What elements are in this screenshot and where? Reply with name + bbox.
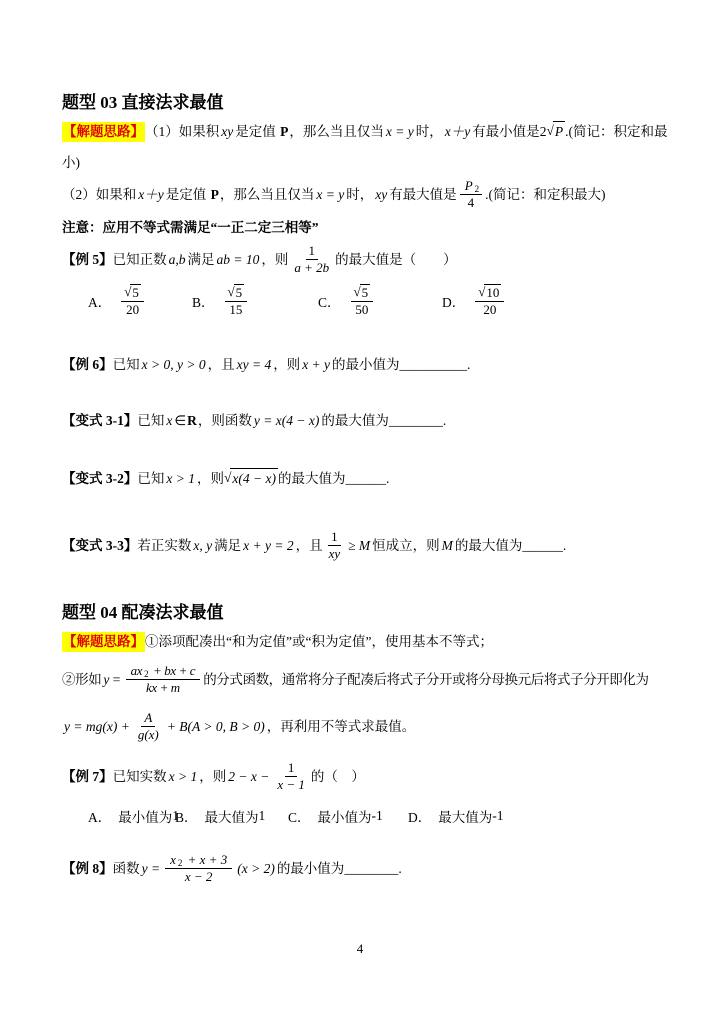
option-label: B． bbox=[192, 291, 215, 311]
fraction-numerator: A bbox=[141, 710, 155, 727]
text: 的最大值为 bbox=[455, 536, 523, 556]
text: 是定值 bbox=[235, 122, 279, 142]
option-fraction: √5 15 bbox=[225, 284, 248, 319]
text: 小) bbox=[62, 153, 80, 173]
math-function: y = x(4 − x) bbox=[252, 411, 321, 431]
math-x: x bbox=[164, 411, 174, 431]
option-label: D． bbox=[442, 291, 465, 311]
math-2-minus-x-minus: 2 − x − bbox=[226, 767, 271, 787]
solution-idea-03-line2: 小) bbox=[62, 153, 80, 173]
math-plus-x-plus-3: + x + 3 bbox=[182, 852, 229, 868]
fraction-numerator: √5 bbox=[121, 284, 144, 302]
text: 函数 bbox=[113, 859, 140, 879]
fraction-numerator: √10 bbox=[475, 284, 504, 302]
math-ab-equals-10: ab = 10 bbox=[215, 250, 262, 270]
math-xy: xy bbox=[219, 122, 235, 142]
answer-blank: ________ bbox=[344, 859, 398, 879]
text: 满足 bbox=[214, 536, 241, 556]
math-P: P bbox=[463, 178, 475, 194]
text: 的最大值是（ ） bbox=[335, 250, 457, 270]
fraction-numerator: P2 bbox=[460, 178, 482, 195]
fraction-numerator: √5 bbox=[351, 284, 374, 302]
math-x-equals-y: x = y bbox=[384, 122, 416, 142]
fraction-numerator: 1 bbox=[285, 760, 298, 777]
radicand: 5 bbox=[130, 284, 141, 301]
example-8-stem: 【例 8】 函数 y = x2 + x + 3 x − 2 (x > 2) 的最… bbox=[62, 852, 402, 886]
fraction-denominator: 4 bbox=[465, 195, 478, 211]
fraction-denominator: xy bbox=[326, 546, 344, 562]
text: 已知 bbox=[113, 355, 140, 375]
text: 的最大值为 bbox=[278, 469, 346, 489]
variant-3-3-tag: 【变式 3-3】 bbox=[62, 536, 137, 556]
text: 时， bbox=[346, 185, 373, 205]
fraction-denominator: g(x) bbox=[135, 727, 162, 743]
math-ax: ax bbox=[129, 663, 144, 679]
section-04-heading: 题型 04 配凑法求最值 bbox=[62, 598, 224, 623]
document-page: 题型 03 直接法求最值 【解题思路】 （1）如果积xy是定值 P，那么当且仅当… bbox=[0, 0, 720, 1018]
option-label: B． bbox=[175, 806, 198, 826]
option-fraction: √5 20 bbox=[121, 284, 144, 319]
answer-blank: __________ bbox=[400, 355, 468, 375]
solution-idea-03-line3: （2）如果和x＋y是定值 P，那么当且仅当x = y时，xy有最大值是 P2 4… bbox=[62, 178, 606, 212]
solution-idea-tag: 【解题思路】 bbox=[62, 122, 145, 142]
text: 的最小值为 bbox=[332, 355, 400, 375]
sqrt-expression: √x(4 − x) bbox=[224, 468, 278, 489]
option-value: 1 bbox=[259, 808, 266, 824]
fraction-rational-function: ax2 + bx + c kx + m bbox=[126, 663, 201, 697]
option-text: 最大值为 bbox=[205, 806, 259, 826]
fraction-numerator: x2 + x + 3 bbox=[165, 852, 232, 869]
fraction-denominator: a + 2b bbox=[291, 260, 332, 276]
sqrt-expression: √P bbox=[546, 121, 565, 142]
text: 已知正数 bbox=[113, 250, 167, 270]
example-7-option-b: B．最大值为1 bbox=[175, 806, 265, 826]
option-text: 最大值为 bbox=[438, 806, 492, 826]
example-6-stem: 【例 6】 已知x > 0, y > 0，且xy = 4，则x + y的最小值为… bbox=[62, 355, 470, 375]
math-x-plus-y: x + y bbox=[300, 355, 332, 375]
text: .(简记：和定积最大) bbox=[485, 185, 605, 205]
example-8-tag: 【例 8】 bbox=[62, 859, 113, 879]
option-label: A． bbox=[88, 806, 111, 826]
text: ，且 bbox=[296, 536, 323, 556]
solution-idea-04-line1: 【解题思路】 ①添项配凑出“和为定值”或“积为定值”，使用基本不等式； bbox=[62, 632, 493, 652]
option-text: 最小值为 bbox=[118, 806, 172, 826]
text: . bbox=[563, 536, 566, 556]
math-x: x bbox=[168, 852, 178, 868]
text: 满足 bbox=[188, 250, 215, 270]
math-x-gt-1: x > 1 bbox=[164, 469, 197, 489]
text: ，那么当且仅当 bbox=[220, 185, 315, 205]
fraction-numerator: 1 bbox=[306, 243, 319, 260]
fraction-denominator: x − 1 bbox=[274, 777, 308, 793]
variant-3-2-stem: 【变式 3-2】 已知x > 1，则 √x(4 − x) 的最大值为______… bbox=[62, 468, 389, 489]
solution-idea-03-line1: 【解题思路】 （1）如果积xy是定值 P，那么当且仅当x = y时，x＋y有最小… bbox=[62, 121, 667, 142]
text: 的最小值为 bbox=[277, 859, 345, 879]
note-text: 注意：应用不等式需满足“一正二定三相等” bbox=[62, 218, 319, 238]
text: ①添项配凑出“和为定值”或“积为定值”，使用基本不等式； bbox=[145, 632, 493, 652]
fraction-denominator: 20 bbox=[480, 302, 499, 318]
fraction-numerator: 1 bbox=[328, 529, 341, 546]
answer-blank: ________ bbox=[389, 411, 443, 431]
fraction-denominator: x − 2 bbox=[182, 869, 216, 885]
text: 的分式函数，通常将分子配凑后将式子分开或将分母换元后将式子分开即化为 bbox=[203, 670, 648, 690]
element-of-symbol: ∈ bbox=[174, 411, 186, 431]
fraction-A-over-gx: A g(x) bbox=[135, 710, 162, 744]
answer-blank: ______ bbox=[522, 536, 563, 556]
text: 已知实数 bbox=[113, 767, 167, 787]
math-M: M bbox=[440, 536, 455, 556]
fraction-1-over-a-plus-2b: 1 a + 2b bbox=[291, 243, 332, 277]
sqrt-expression: √5 bbox=[228, 284, 245, 301]
fraction-denominator: 15 bbox=[226, 302, 245, 318]
math-x-plus-y: x＋y bbox=[136, 185, 165, 205]
math-y-equals: y = bbox=[140, 859, 162, 879]
radicand: 10 bbox=[484, 284, 501, 301]
option-fraction: √5 50 bbox=[351, 284, 374, 319]
section-03-heading: 题型 03 直接法求最值 bbox=[62, 88, 224, 113]
text: .(简记：积定和最 bbox=[565, 122, 667, 142]
example-5-option-c: C． √5 50 bbox=[318, 284, 376, 319]
solution-idea-04-line3: y = mg(x) + A g(x) + B(A > 0, B > 0) ，再利… bbox=[62, 710, 415, 744]
math-xy: xy bbox=[373, 185, 389, 205]
sqrt-expression: √5 bbox=[354, 284, 371, 301]
fraction-1-over-xy: 1 xy bbox=[326, 529, 344, 563]
text: . bbox=[386, 469, 389, 489]
text: ，再利用不等式求最值。 bbox=[267, 717, 416, 737]
math-xy-equals-4: xy = 4 bbox=[235, 355, 274, 375]
text: （2）如果和 bbox=[62, 185, 136, 205]
radicand: P bbox=[553, 121, 565, 142]
text: 的最大值为 bbox=[321, 411, 389, 431]
variant-3-3-stem: 【变式 3-3】 若正实数x, y满足x + y = 2，且 1 xy ≥ M恒… bbox=[62, 529, 566, 563]
text: ，则 bbox=[197, 469, 224, 489]
sqrt-expression: √5 bbox=[124, 284, 141, 301]
exponent: 2 bbox=[475, 185, 480, 194]
math-xy-vars: x, y bbox=[191, 536, 214, 556]
text: 若正实数 bbox=[137, 536, 191, 556]
fraction-numerator: ax2 + bx + c bbox=[126, 663, 201, 680]
text: . bbox=[443, 411, 446, 431]
fraction-denominator: 50 bbox=[352, 302, 371, 318]
fraction-denominator: kx + m bbox=[143, 680, 183, 696]
text: 的（ ） bbox=[311, 767, 365, 787]
math-plus-B-conditions: + B(A > 0, B > 0) bbox=[165, 717, 267, 737]
math-P: P bbox=[210, 185, 220, 205]
solution-idea-tag: 【解题思路】 bbox=[62, 632, 145, 652]
page-number: 4 bbox=[0, 941, 720, 957]
math-plus-bx-plus-c: + bx + c bbox=[148, 663, 197, 679]
example-6-tag: 【例 6】 bbox=[62, 355, 113, 375]
math-R: R bbox=[186, 411, 198, 431]
option-text: 最小值为 bbox=[318, 806, 372, 826]
math-ge-M: ≥ M bbox=[346, 536, 372, 556]
option-fraction: √10 20 bbox=[475, 284, 504, 319]
math-ab: a,b bbox=[167, 250, 188, 270]
fraction-x2-x-3-over-x-minus-2: x2 + x + 3 x − 2 bbox=[165, 852, 232, 886]
text: 恒成立，则 bbox=[372, 536, 440, 556]
text: ，且 bbox=[208, 355, 235, 375]
example-5-option-a: A． √5 20 bbox=[88, 284, 147, 319]
example-5-stem: 【例 5】 已知正数a,b满足ab = 10，则 1 a + 2b 的最大值是（… bbox=[62, 243, 457, 277]
example-5-option-d: D． √10 20 bbox=[442, 284, 507, 319]
math-x-gt-2: (x > 2) bbox=[235, 859, 277, 879]
math-coefficient: 2 bbox=[540, 122, 547, 142]
option-label: C． bbox=[288, 806, 311, 826]
math-x-plus-y: x＋y bbox=[443, 122, 472, 142]
option-label: D． bbox=[408, 806, 431, 826]
example-7-tag: 【例 7】 bbox=[62, 767, 113, 787]
text: ，那么当且仅当 bbox=[289, 122, 384, 142]
text: . bbox=[398, 859, 401, 879]
example-7-option-c: C．最小值为-1 bbox=[288, 806, 383, 826]
option-label: C． bbox=[318, 291, 341, 311]
text: 已知 bbox=[137, 411, 164, 431]
text: 时， bbox=[416, 122, 443, 142]
text: 有最大值是 bbox=[389, 185, 457, 205]
note-line: 注意：应用不等式需满足“一正二定三相等” bbox=[62, 218, 319, 238]
radicand: 5 bbox=[234, 284, 245, 301]
math-x-equals-y: x = y bbox=[314, 185, 346, 205]
example-5-tag: 【例 5】 bbox=[62, 250, 113, 270]
solution-idea-04-line2: ②形如 y = ax2 + bx + c kx + m 的分式函数，通常将分子配… bbox=[62, 663, 649, 697]
text: ，则函数 bbox=[198, 411, 252, 431]
fraction-denominator: 20 bbox=[123, 302, 142, 318]
math-y-mgx-plus: y = mg(x) + bbox=[62, 717, 132, 737]
text: 已知 bbox=[137, 469, 164, 489]
text: 有最小值是 bbox=[472, 122, 540, 142]
variant-3-2-tag: 【变式 3-2】 bbox=[62, 469, 137, 489]
example-7-option-d: D．最大值为-1 bbox=[408, 806, 504, 826]
example-7-stem: 【例 7】 已知实数x > 1，则2 − x − 1 x − 1 的（ ） bbox=[62, 760, 365, 794]
example-7-option-a: A．最小值为1 bbox=[88, 806, 179, 826]
radicand: 5 bbox=[360, 284, 371, 301]
text: （1）如果积 bbox=[145, 122, 219, 142]
text: ，则 bbox=[199, 767, 226, 787]
variant-3-1-stem: 【变式 3-1】 已知x∈R，则函数y = x(4 − x)的最大值为_____… bbox=[62, 411, 446, 431]
example-5-option-b: B． √5 15 bbox=[192, 284, 250, 319]
fraction-numerator: √5 bbox=[225, 284, 248, 302]
option-value: -1 bbox=[492, 808, 503, 824]
variant-3-1-tag: 【变式 3-1】 bbox=[62, 411, 137, 431]
option-label: A． bbox=[88, 291, 111, 311]
fraction-P2-over-4: P2 4 bbox=[460, 178, 482, 212]
text: . bbox=[467, 355, 470, 375]
sqrt-expression: √10 bbox=[478, 284, 501, 301]
text: ，则 bbox=[261, 250, 288, 270]
fraction-1-over-x-minus-1: 1 x − 1 bbox=[274, 760, 308, 794]
math-conditions: x > 0, y > 0 bbox=[140, 355, 208, 375]
answer-blank: ______ bbox=[346, 469, 387, 489]
text: ，则 bbox=[273, 355, 300, 375]
math-P: P bbox=[279, 122, 289, 142]
option-value: -1 bbox=[372, 808, 383, 824]
math-y-equals: y = bbox=[101, 670, 122, 690]
math-x-gt-1: x > 1 bbox=[167, 767, 200, 787]
math-x-plus-y-eq-2: x + y = 2 bbox=[241, 536, 295, 556]
text: 是定值 bbox=[166, 185, 210, 205]
text: ②形如 bbox=[62, 670, 101, 690]
radicand: x(4 − x) bbox=[230, 468, 278, 489]
